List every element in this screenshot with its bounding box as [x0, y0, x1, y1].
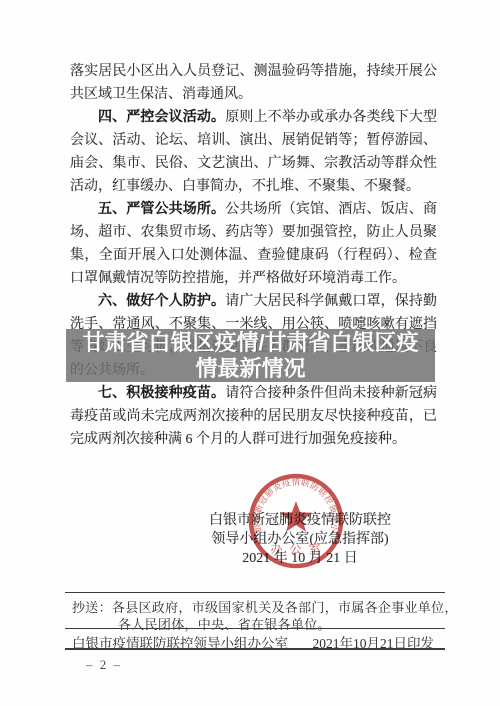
section-heading: 六、做好个人防护。	[98, 294, 225, 309]
section-heading: 七、积极接种疫苗。	[98, 386, 225, 401]
paragraph-text: 落实居民小区出入人员登记、测温验码等措施，持续开展公共区域卫生保洁、消毒通风。	[70, 64, 437, 102]
paragraph-continuation: 落实居民小区出入人员登记、测温验码等措施，持续开展公共区域卫生保洁、消毒通风。	[70, 60, 437, 106]
page-number: – 2 –	[86, 657, 122, 673]
section-heading: 四、严控会议活动。	[98, 110, 225, 125]
footer-divider-middle	[65, 628, 445, 629]
copy-to-line2: 各人民团体，中央、省在银各单位。	[118, 614, 331, 633]
document-body: 落实居民小区出入人员登记、测温验码等措施，持续开展公共区域卫生保洁、消毒通风。 …	[70, 60, 437, 451]
seal-center-text: 办公室	[270, 541, 327, 556]
footer-divider-top	[65, 592, 445, 593]
overlay-title-line1: 甘肃省白银区疫情/甘肃省白银区疫	[82, 330, 418, 356]
overlay-title-banner: 甘肃省白银区疫情/甘肃省白银区疫 情最新情况	[66, 329, 435, 382]
paragraph-section-5: 五、严管公共场所。公共场所（宾馆、酒店、饭店、商场、超市、农集贸市场、药店等）要…	[70, 198, 437, 290]
seal-star-icon	[280, 501, 312, 532]
paragraph-section-4: 四、严控会议活动。原则上不举办或承办各类线下大型会议、活动、论坛、培训、演出、展…	[70, 106, 437, 198]
section-heading: 五、严管公共场所。	[98, 202, 225, 217]
scanned-notice-image: 落实居民小区出入人员登记、测温验码等措施，持续开展公共区域卫生保洁、消毒通风。 …	[0, 0, 500, 706]
official-seal-icon: 白银市新冠肺炎疫情联防联控领导小组 办公室	[236, 461, 356, 581]
paragraph-section-7: 七、积极接种疫苗。请符合接种条件但尚未接种新冠病毒疫苗或尚未完成两剂次接种的居民…	[70, 382, 437, 451]
overlay-title-line2: 情最新情况	[195, 356, 305, 382]
footer-divider-bottom	[65, 648, 445, 650]
